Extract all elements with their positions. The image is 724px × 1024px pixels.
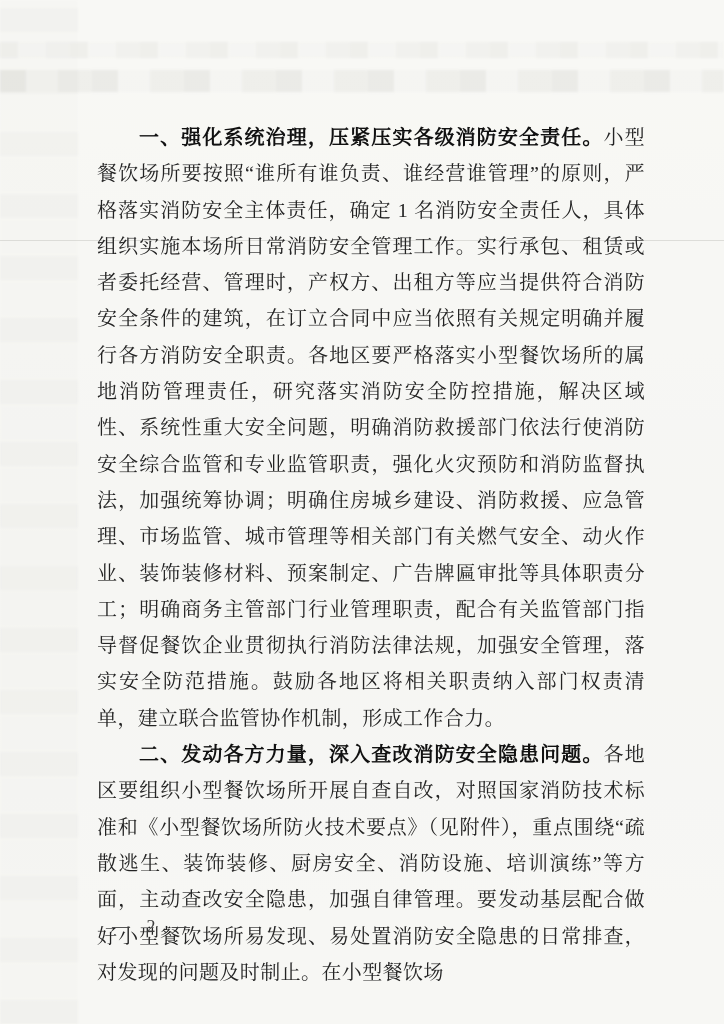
section-2-text: 各地区要组织小型餐饮场所开展自查自改，对照国家消防技术标准和《小型餐饮场所防火技… bbox=[97, 744, 645, 984]
paragraph-section-1: 一、强化系统治理，压紧压实各级消防安全责任。小型餐饮场所要按照“谁所有谁负责、谁… bbox=[97, 120, 645, 737]
scan-noise-band bbox=[0, 70, 724, 92]
paragraph-section-2: 二、发动各方力量，深入查改消防安全隐患问题。各地区要组织小型餐饮场所开展自查自改… bbox=[97, 737, 645, 991]
scanned-page: 一、强化系统治理，压紧压实各级消防安全责任。小型餐饮场所要按照“谁所有谁负责、谁… bbox=[0, 0, 724, 1024]
page-number: — 2 — bbox=[112, 916, 190, 937]
section-1-heading: 一、强化系统治理，压紧压实各级消防安全责任。 bbox=[139, 127, 603, 149]
scan-noise-band bbox=[0, 42, 724, 58]
scan-edge-artifact bbox=[0, 0, 78, 1024]
document-body: 一、强化系统治理，压紧压实各级消防安全责任。小型餐饮场所要按照“谁所有谁负责、谁… bbox=[97, 120, 645, 991]
section-2-heading: 二、发动各方力量，深入查改消防安全隐患问题。 bbox=[139, 744, 603, 766]
section-1-text: 小型餐饮场所要按照“谁所有谁负责、谁经营谁管理”的原则，严格落实消防安全主体责任… bbox=[97, 127, 645, 730]
